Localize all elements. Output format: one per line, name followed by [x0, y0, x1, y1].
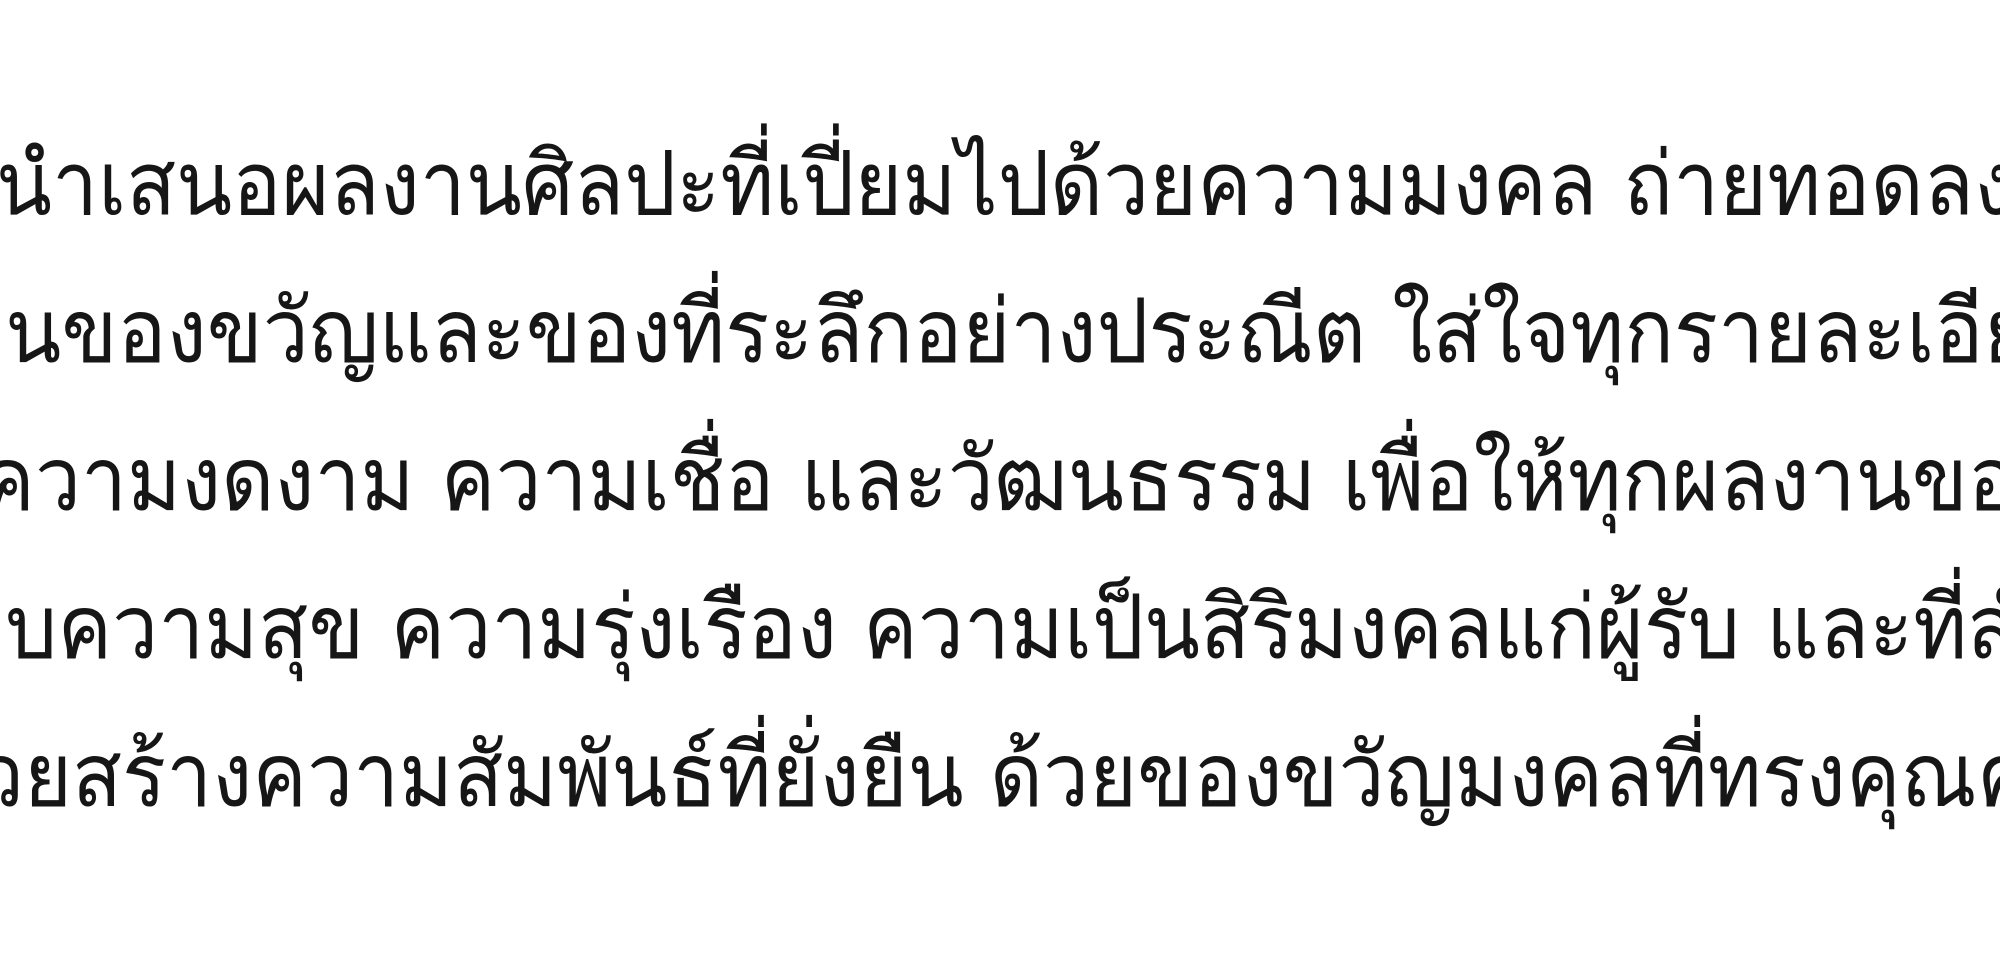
intro-paragraph: เรานำเสนอผลงานศิลปะที่เปี่ยมไปด้วยความมง… [0, 110, 2000, 850]
page-background: เรานำเสนอผลงานศิลปะที่เปี่ยมไปด้วยความมง… [0, 0, 2000, 960]
paragraph-line-3: ด้านความงดงาม ความเชื่อ และวัฒนธรรม เพื่… [0, 406, 2000, 554]
paragraph-line-5-quote: “ ช่วยสร้างความสัมพันธ์ที่ยั่งยืน ด้วยขอ… [0, 702, 2000, 850]
paragraph-line-4: ส่งมอบความสุข ความรุ่งเรือง ความเป็นสิริ… [0, 554, 2000, 702]
paragraph-line-2: ผลงานของขวัญและของที่ระลึกอย่างประณีต ใส… [0, 258, 2000, 406]
paragraph-line-1: เรานำเสนอผลงานศิลปะที่เปี่ยมไปด้วยความมง… [0, 110, 2000, 258]
